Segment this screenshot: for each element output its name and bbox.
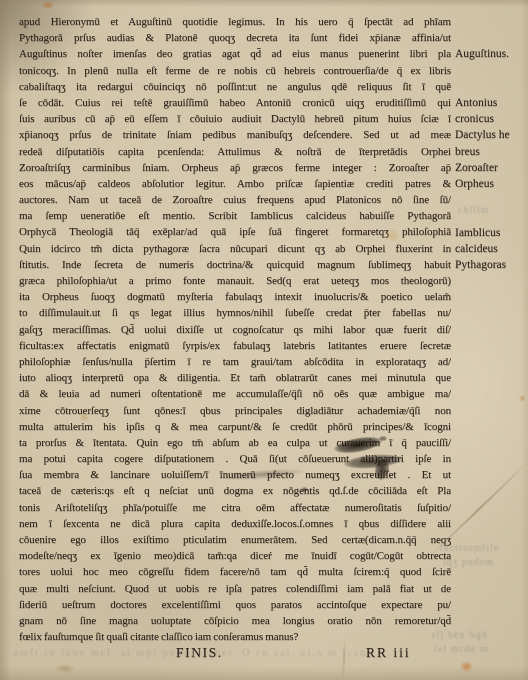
text-line: Zoroaſtriſqʒ carminibus ſniam. Orpheus a…	[19, 160, 451, 176]
text-line: Auguſtinus noſter imenſas deo gratias ag…	[19, 46, 451, 62]
margin-note: Iamblicus	[455, 226, 500, 240]
text-line: to diſſimulauit.ut ſi qs legat illius hy…	[19, 305, 451, 321]
ink-speck	[379, 436, 387, 441]
text-line: eos mācus/ap̄ caldeos abſolutior legitur…	[19, 176, 451, 192]
margin-note: cronicus	[455, 112, 494, 126]
text-line: ficultas:ex affectatis enigmatū ſyrpis/e…	[19, 338, 451, 354]
text-line: ſideriū ueſtrum doctores excelentiſſimi …	[19, 597, 451, 613]
margin-note: breus	[455, 145, 480, 159]
text-line: græca philoſophia/ut a primo fonte manau…	[19, 273, 451, 289]
foxing-stain	[385, 229, 400, 242]
bleed-through-text: amſt rn lube mcl. at mpi pndc. tetnet, O…	[14, 648, 374, 659]
margin-note: calcideus	[455, 242, 498, 256]
text-line: fœlix fauſtumque ſit quaſi citante claſſ…	[19, 629, 451, 645]
ink-speck	[301, 487, 308, 492]
text-line: philoſophiæ ſenſus/nulla p̄ſertim ī re t…	[19, 354, 451, 370]
foxing-stain	[42, 1, 54, 9]
bleed-through-text: ſqʒ pndem	[443, 557, 494, 568]
margin-note: Antonius	[455, 96, 497, 110]
margin-note: Orpheus	[455, 177, 494, 191]
text-line: modeſte/neqʒ ex īgenio meo)dicā tam̄:qa …	[19, 548, 451, 564]
text-line: iuto alioqʒ interpretū opa & diligentia.…	[19, 370, 451, 386]
text-line: ſtitutis. Inde ſecreta de numeris doctri…	[19, 257, 451, 273]
text-line: tonicoqʒ. In plenū nulla eſt ferme de re…	[19, 63, 451, 79]
text-line: gnam nō ſine magna uoluptate cōſpicio me…	[19, 613, 451, 629]
text-line: Pythagorā prſus audias & Platonē quoqʒ d…	[19, 30, 451, 46]
text-line: xp̄ianoqʒ prſus de trinitate ſniam pedib…	[19, 127, 451, 143]
bleed-through-text: chīſlm	[458, 205, 490, 216]
text-line: quæ multi neſciunt. Quod ut uobis re ipſ…	[19, 581, 451, 597]
text-line: apud Hieronymū et Auguſtinū quotidie leg…	[19, 14, 451, 30]
text-line: cōuenire ego illos exiſtimo pticulatim e…	[19, 532, 451, 548]
text-line: ſuis auribus cū ap̄ eū eſſem ī cōuiuio a…	[19, 111, 451, 127]
text-line: taceā de cæteris:qs eſt q neſciat unū do…	[19, 483, 451, 499]
text-line: tores uolui hoc meo cōgreſſu fidem facer…	[19, 564, 451, 580]
text-line: ita Orpheus ſuoqʒ dogmatū myſteria fabul…	[19, 289, 451, 305]
bleed-through-text: ſnctrormliſe	[440, 543, 499, 554]
margin-note: Pythagoras	[455, 258, 506, 272]
text-line: redeā diſputatiōis capita pcenſenda: Att…	[19, 144, 451, 160]
text-line: gaſqʒ meraciſſimas. Qd̄ uolui dixiſſe ut…	[19, 322, 451, 338]
foxing-stain	[460, 661, 473, 672]
margin-note: Zoroaſter	[455, 161, 498, 175]
text-line: ſe cōdāt. Cuius rei teſtē grauiſſimū hab…	[19, 95, 451, 111]
bleed-through-text: ſel mcde m	[434, 644, 488, 655]
text-line: dā & leuia ad numeri oſtentationē me acc…	[19, 386, 451, 402]
bleed-through-text: rī) bēn Sqd	[432, 630, 487, 641]
margin-note: Dactylus he	[455, 128, 510, 142]
text-line: tonis Ariſtoteliſqʒ phīa/potuiſſe me cit…	[19, 500, 451, 516]
margin-notes-column: Auguſtinus.AntoniuscronicusDactylus hebr…	[455, 0, 528, 680]
foxing-stain	[55, 664, 75, 673]
text-line: ma ſemp ueneratiōe eſt mentio. Scribit I…	[19, 208, 451, 224]
text-line: nem ī ſexcenta ne dicā plura capita dedu…	[19, 516, 451, 532]
text-line: Quin idcirco tm̄ dicta pythagoræ ſacra n…	[19, 241, 451, 257]
foxing-stain	[79, 413, 90, 422]
text-line: cabaliſtaqʒ ita redargui cōuinciqʒ nō po…	[19, 79, 451, 95]
margin-note: Auguſtinus.	[455, 47, 509, 61]
text-line: auctores. Nam ut taceā de Zoroaſtre cuiu…	[19, 192, 451, 208]
foxing-stain	[519, 395, 526, 402]
book-page: apud Hieronymū et Auguſtinū quotidie leg…	[0, 0, 528, 680]
page-text-block: apud Hieronymū et Auguſtinū quotidie leg…	[19, 14, 451, 645]
